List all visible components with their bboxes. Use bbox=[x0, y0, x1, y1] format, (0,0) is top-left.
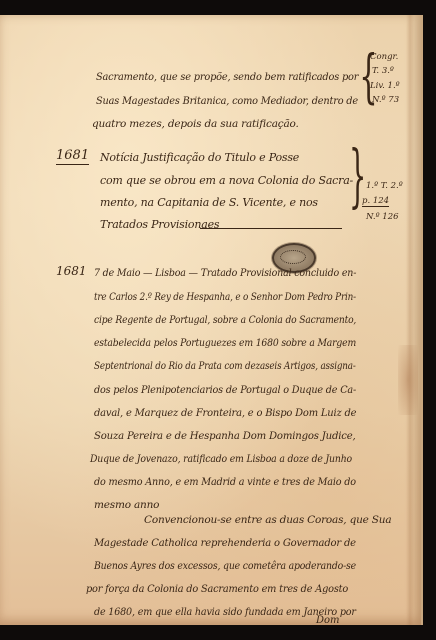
entry-heading-line: mento, na Capitania de S. Vicente, e nos bbox=[100, 196, 318, 209]
text-line: do mesmo Anno, e em Madrid a vinte e tre… bbox=[94, 476, 356, 488]
heading-rule bbox=[200, 228, 342, 229]
text-line: cipe Regente de Portugal, sobre a Coloni… bbox=[94, 314, 356, 326]
text-line: quatro mezes, depois da sua ratificação. bbox=[92, 118, 299, 130]
text-line: Duque de Jovenazo, ratificado em Lisboa … bbox=[90, 453, 352, 465]
margin-note-line: N.º 73 bbox=[372, 95, 399, 105]
text-line: por força da Colonia do Sacramento em tr… bbox=[86, 583, 348, 595]
text-line: mesmo anno bbox=[94, 499, 159, 511]
entry-year: 1681 bbox=[56, 264, 87, 278]
margin-note-line: Liv. 1.º bbox=[370, 81, 400, 91]
text-line: estabelecida pelos Portuguezes em 1680 s… bbox=[94, 337, 356, 349]
paper-stain bbox=[398, 345, 418, 415]
text-line: daval, e Marquez de Fronteira, e o Bispo… bbox=[94, 407, 356, 419]
text-line: dos pelos Plenipotenciarios de Portugal … bbox=[94, 384, 356, 396]
margin-note-line: T. 3.º bbox=[372, 66, 394, 76]
margin-note-line: 1.º T. 2.º bbox=[366, 181, 403, 191]
text-line: Souza Pereira e de Hespanha Dom Domingos… bbox=[94, 430, 356, 442]
entry-heading-line: Notícia Justificação do Titulo e Posse bbox=[100, 151, 299, 164]
catchword: Dom bbox=[316, 615, 340, 626]
text-line: Sacramento, que se propõe, sendo bem rat… bbox=[96, 71, 358, 83]
page-fold-shadow bbox=[406, 15, 414, 625]
text-line: Septentrional do Rio da Prata com dezase… bbox=[94, 360, 356, 372]
text-line: Magestade Catholica reprehenderia o Gove… bbox=[94, 537, 356, 549]
entry-year: 1681 bbox=[56, 148, 89, 165]
text-line: 7 de Maio — Lisboa — Tratado Provisional… bbox=[94, 267, 356, 279]
entry-heading-line: Tratados Provisionaes bbox=[100, 218, 219, 231]
text-line: Suas Magestades Britanica, como Mediador… bbox=[96, 95, 358, 107]
text-line: Convencionou-se entre as duas Coroas, qu… bbox=[144, 514, 391, 526]
margin-note-line: Congr. bbox=[370, 52, 398, 62]
text-line: tre Carlos 2.º Rey de Hespanha, e o Senh… bbox=[94, 291, 356, 303]
stamp-emblem bbox=[280, 250, 306, 264]
manuscript-page: Sacramento, que se propõe, sendo bem rat… bbox=[0, 15, 423, 625]
text-line: Buenos Ayres dos excessos, que cometêra … bbox=[94, 560, 356, 572]
margin-note-line: p. 124 bbox=[362, 196, 389, 207]
margin-note-line: N.º 126 bbox=[366, 212, 399, 222]
entry-heading-line: com que se obrou em a nova Colonia do Sa… bbox=[100, 174, 353, 187]
